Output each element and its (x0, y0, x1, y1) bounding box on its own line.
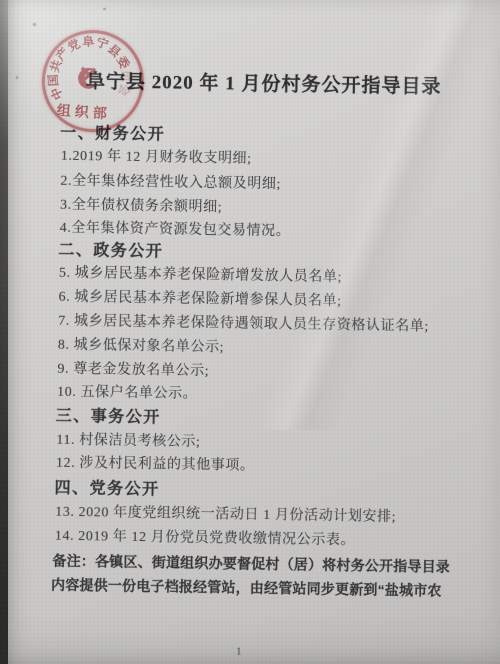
list-item: 4.全年集体资产资源发包交易情况。 (60, 219, 291, 243)
list-item: 8. 城乡低保对象名单公示; (58, 336, 225, 359)
party-committee-seal: 中国共产党阜宁县委员会 组织部 (40, 28, 139, 127)
hammer-and-sickle-icon (71, 62, 104, 100)
list-item: 5. 城乡居民基本养老保险新增发放人员名单; (59, 264, 342, 288)
list-item: 12. 涉及村民利益的其他事项。 (56, 454, 255, 477)
list-item: 11. 村保洁员考核公示; (56, 431, 200, 453)
paper-speck (103, 8, 106, 10)
list-item: 13. 2020 年度党组织统一活动日 1 月份活动计划安排; (55, 503, 396, 528)
paper-speck (16, 76, 18, 79)
document-photo: 阜宁县 2020 年 1 月份村务公开指导目录 一、财务公开 1.2019 年 … (0, 0, 500, 664)
remark-line-1: 备注：各镇区、街道组织办要督促村（居）将村务公开指导目录 (52, 551, 450, 577)
list-item: 1.2019 年 12 月财务收支明细; (61, 147, 252, 170)
section-heading-affairs: 三、事务公开 (56, 407, 161, 429)
list-item: 7. 城乡居民基本养老保险待遇领取人员生存资格认证名单; (58, 312, 429, 338)
list-item: 6. 城乡居民基本养老保险新增参保人员名单; (58, 288, 341, 312)
page-number: 1 (236, 642, 242, 662)
list-item: 14. 2019 年 12 月份党员党费收缴情况公示表。 (55, 527, 356, 552)
list-item: 3.全年债权债务余额明细; (60, 196, 222, 219)
section-heading-government: 二、政务公开 (58, 241, 163, 263)
list-item: 10. 五保户名单公示。 (57, 383, 197, 405)
remark-line-2: 内容提供一份电子档报经管站，由经管站同步更新到“盐城市农 (51, 575, 442, 601)
list-item: 2.全年集体经营性收入总额及明细; (60, 172, 281, 195)
paper-speck (33, 23, 36, 26)
section-heading-party: 四、党务公开 (54, 479, 159, 501)
list-item: 9. 尊老金发放名单公示; (57, 360, 209, 382)
